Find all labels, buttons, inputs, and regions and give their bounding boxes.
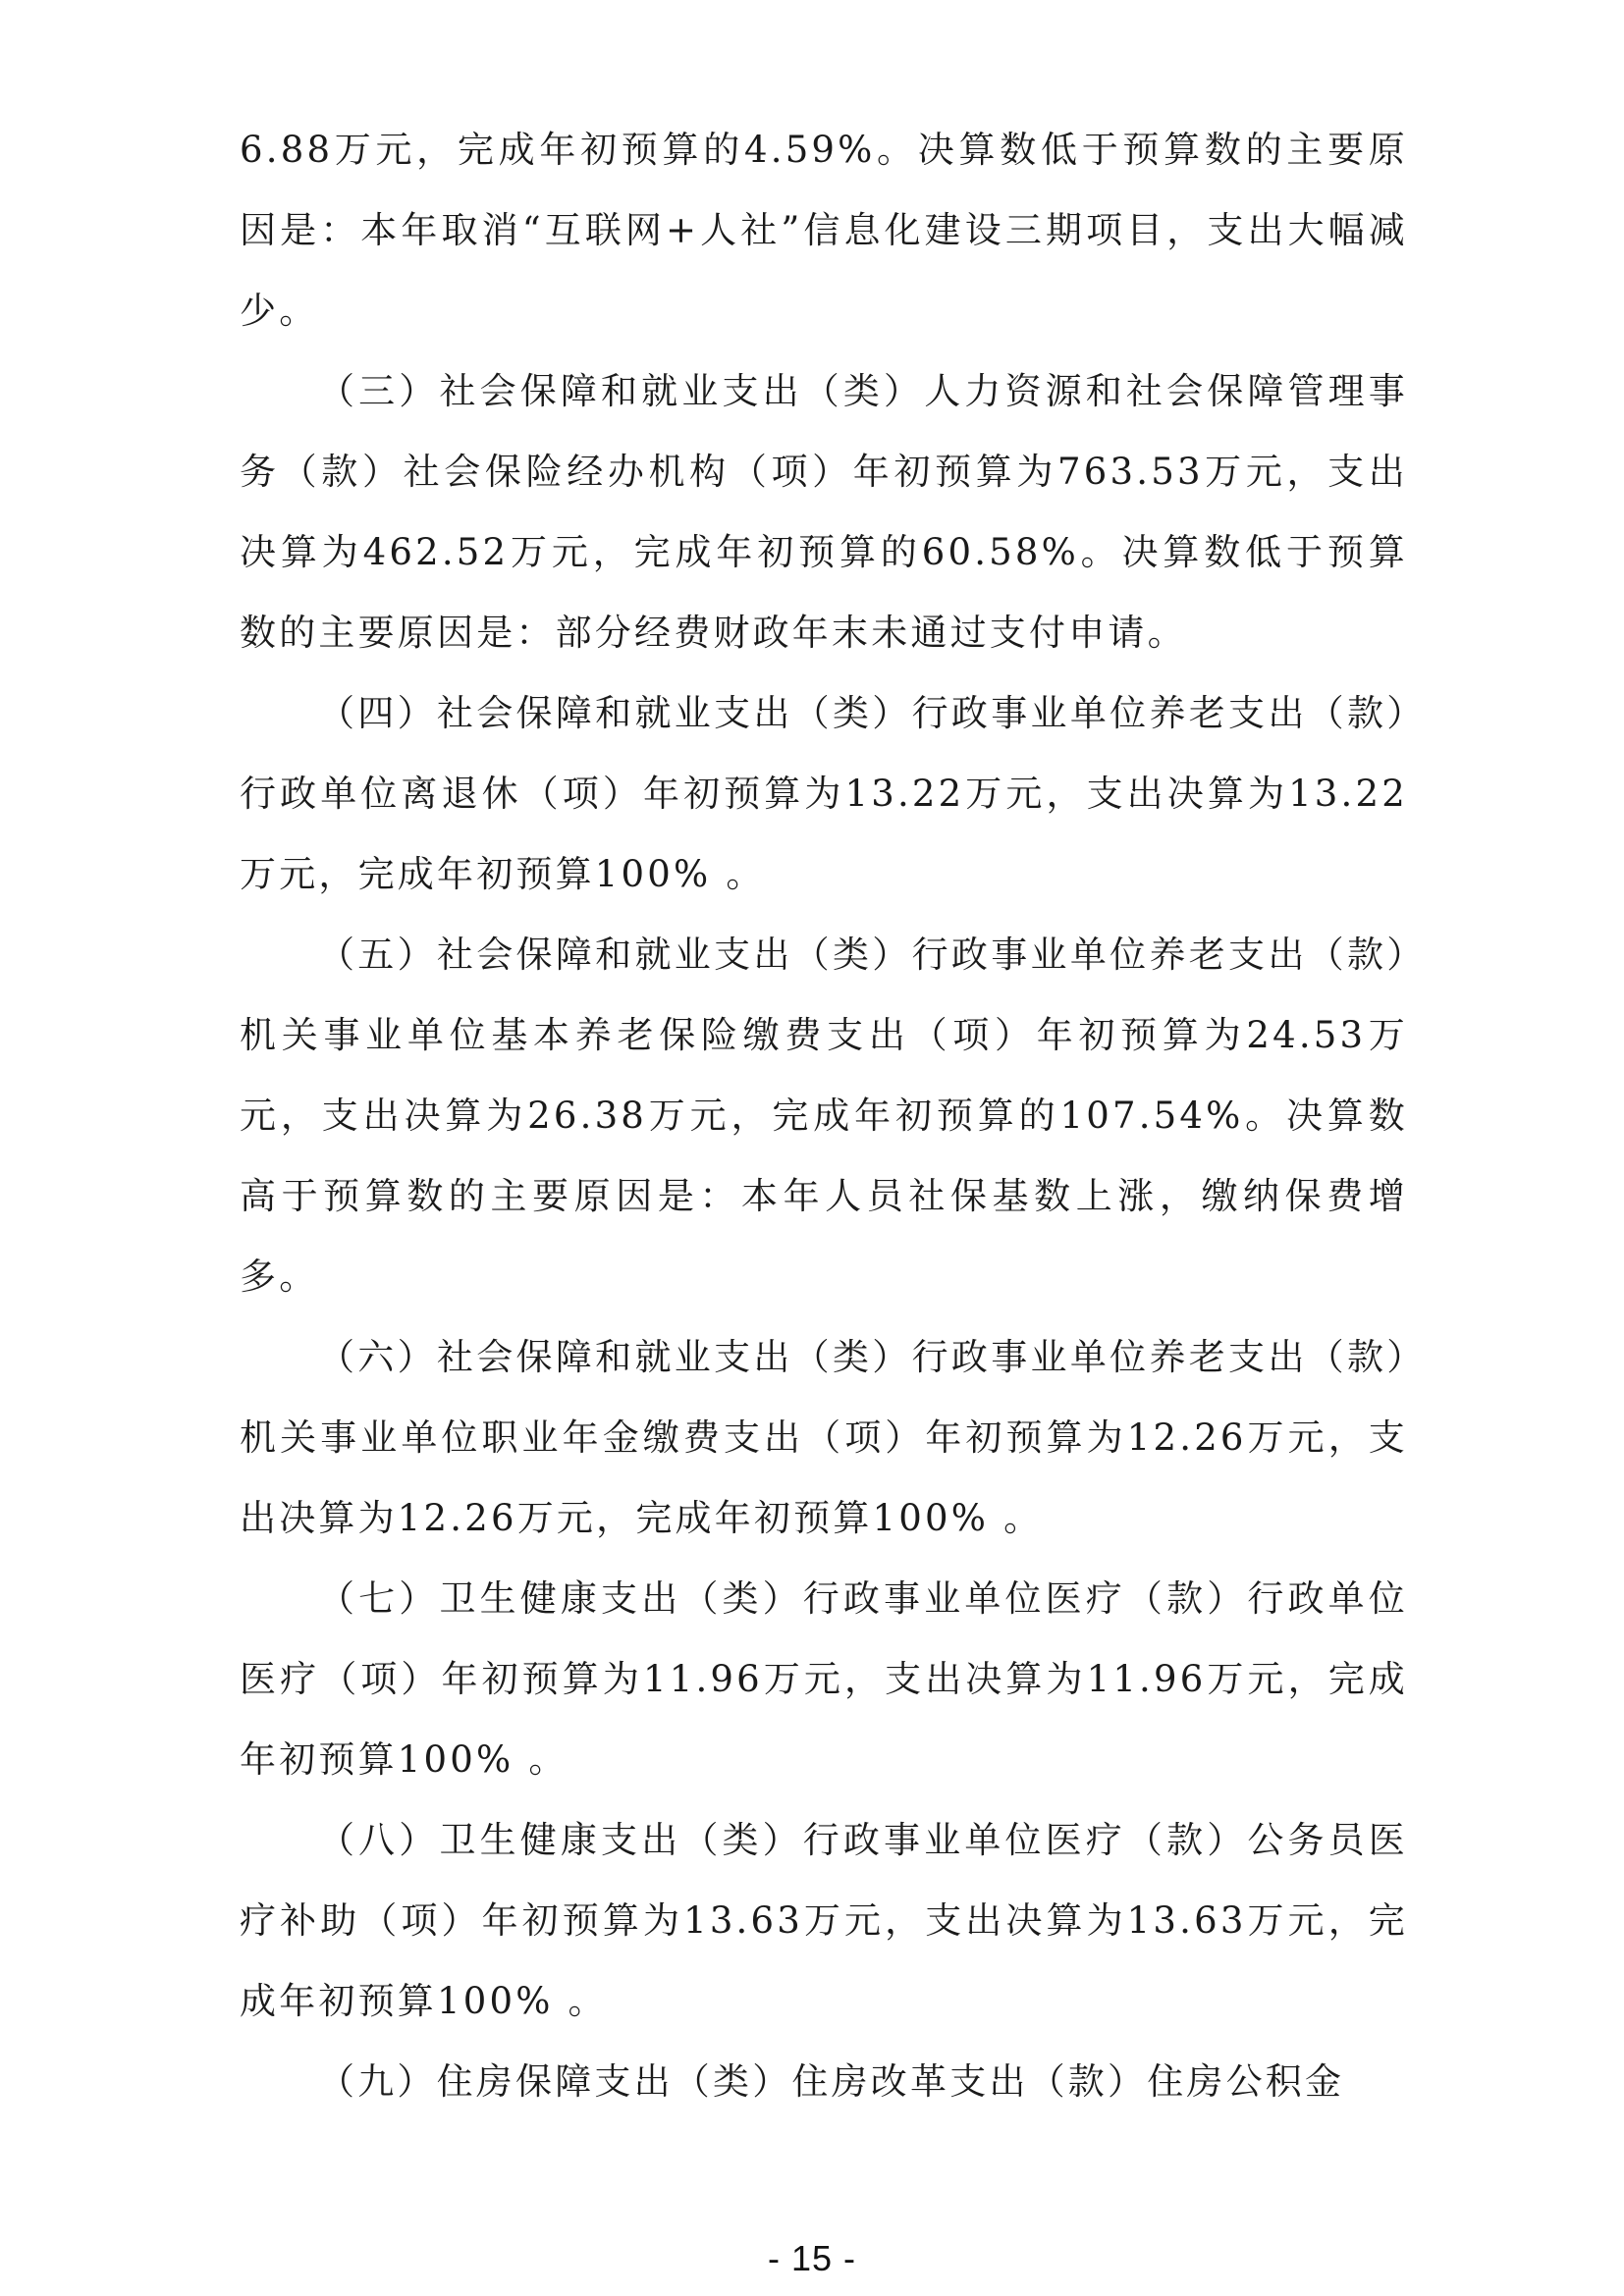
paragraph-item-9: （九）住房保障支出（类）住房改革支出（款）住房公积金 (240, 2042, 1408, 2122)
paragraph-continuation: 6.88万元，完成年初预算的4.59%。决算数低于预算数的主要原因是：本年取消“… (240, 110, 1408, 351)
paragraph-item-5: （五）社会保障和就业支出（类）行政事业单位养老支出（款）机关事业单位基本养老保险… (240, 915, 1408, 1317)
paragraph-item-7: （七）卫生健康支出（类）行政事业单位医疗（款）行政单位医疗（项）年初预算为11.… (240, 1559, 1408, 1800)
paragraph-item-4: （四）社会保障和就业支出（类）行政事业单位养老支出（款）行政单位离退休（项）年初… (240, 673, 1408, 915)
document-page: 6.88万元，完成年初预算的4.59%。决算数低于预算数的主要原因是：本年取消“… (0, 0, 1624, 2296)
document-body: 6.88万元，完成年初预算的4.59%。决算数低于预算数的主要原因是：本年取消“… (240, 110, 1408, 2122)
paragraph-item-3: （三）社会保障和就业支出（类）人力资源和社会保障管理事务（款）社会保险经办机构（… (240, 351, 1408, 673)
paragraph-item-6: （六）社会保障和就业支出（类）行政事业单位养老支出（款）机关事业单位职业年金缴费… (240, 1317, 1408, 1559)
paragraph-item-8: （八）卫生健康支出（类）行政事业单位医疗（款）公务员医疗补助（项）年初预算为13… (240, 1800, 1408, 2042)
page-number: - 15 - (0, 2238, 1624, 2279)
